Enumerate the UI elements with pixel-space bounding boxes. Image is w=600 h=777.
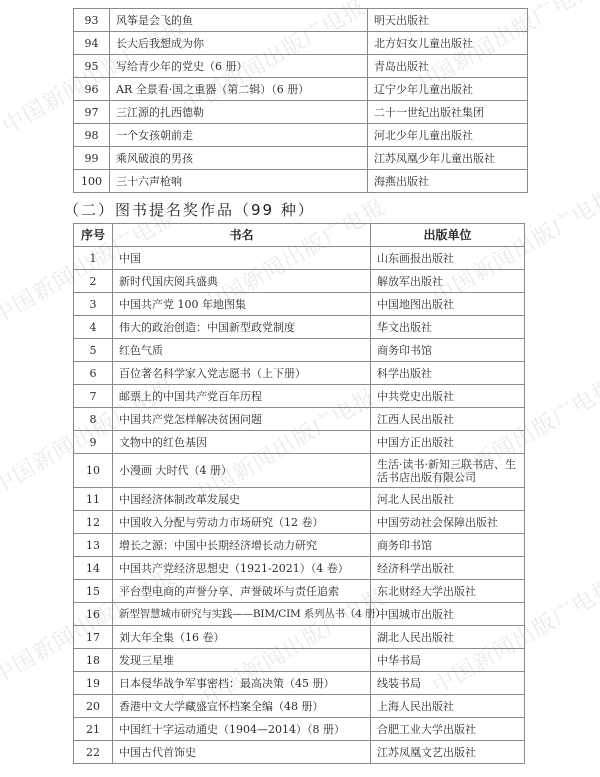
publisher: 江苏凤凰少年儿童出版社 (368, 147, 528, 170)
book-title: 新时代国庆阅兵盛典 (113, 270, 371, 293)
book-title: 中国共产党怎样解决贫困问题 (113, 408, 371, 431)
table-row: 17 刘大年全集（16 卷） 湖北人民出版社 (74, 626, 525, 649)
publisher: 海燕出版社 (368, 170, 528, 193)
row-number: 2 (74, 270, 113, 293)
row-number: 94 (74, 32, 110, 55)
row-number: 8 (74, 408, 113, 431)
table-row: 8 中国共产党怎样解决贫困问题 江西人民出版社 (74, 408, 525, 431)
nomination-table: 序号 书名 出版单位 1 中国 山东画报出版社 2 新时代国庆阅兵盛典 解放军出… (73, 223, 525, 764)
publisher: 商务印书馆 (371, 339, 525, 362)
row-number: 99 (74, 147, 110, 170)
book-title: 中国古代首饰史 (113, 741, 371, 764)
row-number: 7 (74, 385, 113, 408)
table-header-row: 序号 书名 出版单位 (74, 224, 525, 247)
row-number: 10 (74, 454, 113, 488)
table-row: 4 伟大的政治创造：中国新型政党制度 华文出版社 (74, 316, 525, 339)
row-number: 9 (74, 431, 113, 454)
table-row: 6 百位著名科学家入党志愿书（上下册） 科学出版社 (74, 362, 525, 385)
book-title: 香港中文大学藏盛宣怀档案全编（48 册） (113, 695, 371, 718)
book-title: 日本侵华战争军事密档：最高决策（45 册） (113, 672, 371, 695)
table-row: 16 新型智慧城市研究与实践——BIM/CIM 系列丛书（4 册） 中国城市出版… (74, 603, 525, 626)
publisher: 上海人民出版社 (371, 695, 525, 718)
book-title: 三十六声枪响 (110, 170, 368, 193)
row-number: 93 (74, 9, 110, 32)
table-row: 21 中国红十字运动通史（1904—2014）（8 册） 合肥工业大学出版社 (74, 718, 525, 741)
table-row: 13 增长之源：中国中长期经济增长动力研究 商务印书馆 (74, 534, 525, 557)
row-number: 3 (74, 293, 113, 316)
book-title: 中国共产党 100 年地图集 (113, 293, 371, 316)
table-row: 95 写给青少年的党史（6 册） 青岛出版社 (74, 55, 528, 78)
publisher: 湖北人民出版社 (371, 626, 525, 649)
book-title: 中国收入分配与劳动力市场研究（12 卷） (113, 511, 371, 534)
publisher: 经济科学出版社 (371, 557, 525, 580)
table-row: 12 中国收入分配与劳动力市场研究（12 卷） 中国劳动社会保障出版社 (74, 511, 525, 534)
table-row: 2 新时代国庆阅兵盛典 解放军出版社 (74, 270, 525, 293)
row-number: 21 (74, 718, 113, 741)
table-row: 22 中国古代首饰史 江苏凤凰文艺出版社 (74, 741, 525, 764)
row-number: 17 (74, 626, 113, 649)
book-title: 平台型电商的声誉分享、声誉破坏与责任追索 (113, 580, 371, 603)
row-number: 100 (74, 170, 110, 193)
table-row: 5 红色气质 商务印书馆 (74, 339, 525, 362)
book-title: 中国共产党经济思想史（1921-2021）（4 卷） (113, 557, 371, 580)
publisher: 中华书局 (371, 649, 525, 672)
row-number: 1 (74, 247, 113, 270)
table-row: 11 中国经济体制改革发展史 河北人民出版社 (74, 488, 525, 511)
row-number: 12 (74, 511, 113, 534)
publisher: 中国劳动社会保障出版社 (371, 511, 525, 534)
table-row: 3 中国共产党 100 年地图集 中国地图出版社 (74, 293, 525, 316)
table-row: 93 风筝是会飞的鱼 明天出版社 (74, 9, 528, 32)
book-title: 刘大年全集（16 卷） (113, 626, 371, 649)
row-number: 13 (74, 534, 113, 557)
publisher: 科学出版社 (371, 362, 525, 385)
publisher: 明天出版社 (368, 9, 528, 32)
publisher: 中共党史出版社 (371, 385, 525, 408)
publisher: 商务印书馆 (371, 534, 525, 557)
row-number: 16 (74, 603, 113, 626)
row-number: 19 (74, 672, 113, 695)
book-title: 中国红十字运动通史（1904—2014）（8 册） (113, 718, 371, 741)
publisher: 中国城市出版社 (371, 603, 525, 626)
row-number: 4 (74, 316, 113, 339)
book-title: 发现三星堆 (113, 649, 371, 672)
publisher: 东北财经大学出版社 (371, 580, 525, 603)
table-row: 14 中国共产党经济思想史（1921-2021）（4 卷） 经济科学出版社 (74, 557, 525, 580)
publisher: 河北少年儿童出版社 (368, 124, 528, 147)
row-number: 11 (74, 488, 113, 511)
row-number: 97 (74, 101, 110, 124)
publisher: 解放军出版社 (371, 270, 525, 293)
row-number: 98 (74, 124, 110, 147)
header-title: 书名 (113, 224, 371, 247)
publisher: 生活·读书·新知三联书店、生活书店出版有限公司 (371, 454, 525, 488)
publisher: 江西人民出版社 (371, 408, 525, 431)
publisher: 线装书局 (371, 672, 525, 695)
header-publisher: 出版单位 (371, 224, 525, 247)
table-row: 9 文物中的红色基因 中国方正出版社 (74, 431, 525, 454)
publisher: 中国地图出版社 (371, 293, 525, 316)
row-number: 14 (74, 557, 113, 580)
table-row: 100 三十六声枪响 海燕出版社 (74, 170, 528, 193)
table-row: 18 发现三星堆 中华书局 (74, 649, 525, 672)
publisher: 青岛出版社 (368, 55, 528, 78)
row-number: 96 (74, 78, 110, 101)
book-title: 中国 (113, 247, 371, 270)
table-row: 99 乘风破浪的男孩 江苏凤凰少年儿童出版社 (74, 147, 528, 170)
table-row: 7 邮票上的中国共产党百年历程 中共党史出版社 (74, 385, 525, 408)
book-title: 文物中的红色基因 (113, 431, 371, 454)
publisher: 江苏凤凰文艺出版社 (371, 741, 525, 764)
book-title: 三江源的扎西德勒 (110, 101, 368, 124)
book-title: 乘风破浪的男孩 (110, 147, 368, 170)
book-title: 百位著名科学家入党志愿书（上下册） (113, 362, 371, 385)
row-number: 22 (74, 741, 113, 764)
publisher: 河北人民出版社 (371, 488, 525, 511)
book-title: 邮票上的中国共产党百年历程 (113, 385, 371, 408)
table-row: 19 日本侵华战争军事密档：最高决策（45 册） 线装书局 (74, 672, 525, 695)
book-title: 小漫画 大时代（4 册） (113, 454, 371, 488)
row-number: 15 (74, 580, 113, 603)
book-title: AR 全景看·国之重器（第二辑）（6 册） (110, 78, 368, 101)
publisher: 中国方正出版社 (371, 431, 525, 454)
row-number: 6 (74, 362, 113, 385)
section-title: （二）图书提名奖作品（99 种） (64, 199, 315, 220)
book-title: 伟大的政治创造：中国新型政党制度 (113, 316, 371, 339)
row-number: 5 (74, 339, 113, 362)
publisher: 山东画报出版社 (371, 247, 525, 270)
book-title: 增长之源：中国中长期经济增长动力研究 (113, 534, 371, 557)
table-row: 20 香港中文大学藏盛宣怀档案全编（48 册） 上海人民出版社 (74, 695, 525, 718)
publisher: 华文出版社 (371, 316, 525, 339)
row-number: 20 (74, 695, 113, 718)
table-row: 1 中国 山东画报出版社 (74, 247, 525, 270)
book-title: 新型智慧城市研究与实践——BIM/CIM 系列丛书（4 册） (113, 603, 371, 626)
table-row: 94 长大后我想成为你 北方妇女儿童出版社 (74, 32, 528, 55)
award-table-continued: 93 风筝是会飞的鱼 明天出版社 94 长大后我想成为你 北方妇女儿童出版社 9… (73, 8, 528, 193)
table-row: 15 平台型电商的声誉分享、声誉破坏与责任追索 东北财经大学出版社 (74, 580, 525, 603)
table-row: 98 一个女孩朝前走 河北少年儿童出版社 (74, 124, 528, 147)
book-title: 红色气质 (113, 339, 371, 362)
row-number: 18 (74, 649, 113, 672)
table-row: 96 AR 全景看·国之重器（第二辑）（6 册） 辽宁少年儿童出版社 (74, 78, 528, 101)
book-title: 一个女孩朝前走 (110, 124, 368, 147)
header-number: 序号 (74, 224, 113, 247)
publisher: 二十一世纪出版社集团 (368, 101, 528, 124)
book-title: 风筝是会飞的鱼 (110, 9, 368, 32)
row-number: 95 (74, 55, 110, 78)
book-title: 写给青少年的党史（6 册） (110, 55, 368, 78)
table-row: 97 三江源的扎西德勒 二十一世纪出版社集团 (74, 101, 528, 124)
publisher: 辽宁少年儿童出版社 (368, 78, 528, 101)
publisher: 北方妇女儿童出版社 (368, 32, 528, 55)
publisher: 合肥工业大学出版社 (371, 718, 525, 741)
book-title: 中国经济体制改革发展史 (113, 488, 371, 511)
table-row: 10 小漫画 大时代（4 册） 生活·读书·新知三联书店、生活书店出版有限公司 (74, 454, 525, 488)
book-title: 长大后我想成为你 (110, 32, 368, 55)
